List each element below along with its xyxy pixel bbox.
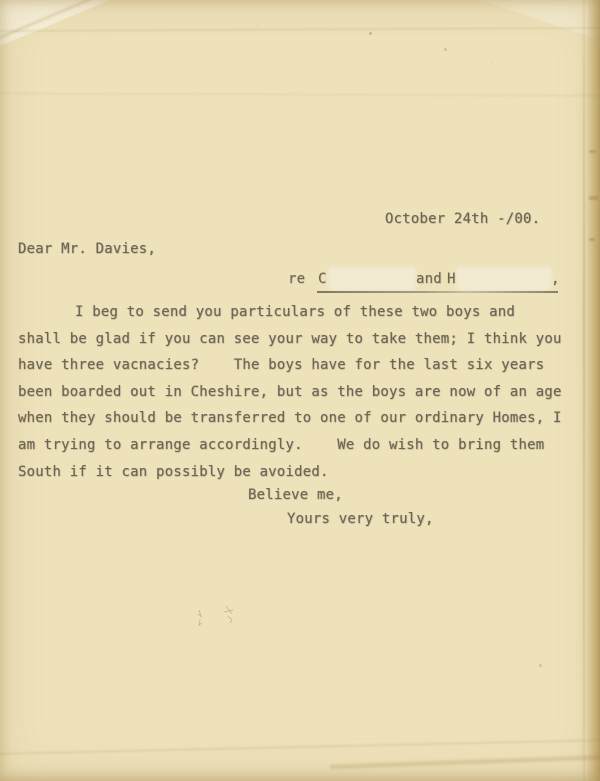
folded-corner-top-right [480, 0, 600, 40]
edge-nick [589, 238, 595, 241]
subject-prefix: re [288, 271, 305, 287]
body-line: been boarded out in Cheshire, but as the… [18, 379, 584, 406]
edge-nick [589, 150, 596, 153]
letter-body: I beg to send you particulars of these t… [18, 299, 584, 485]
redaction-patch-second-name [458, 269, 550, 289]
pencil-mark [192, 600, 252, 636]
body-line: South if it can possibly be avoided. [18, 459, 584, 486]
folded-corner-top-left [0, 0, 110, 46]
salutation: Dear Mr. Davies, [18, 241, 156, 257]
redaction-patch-first-name [330, 269, 414, 289]
subject-initial-two: H [447, 271, 456, 287]
subject-re-line: re C and H , [288, 271, 568, 295]
body-line: have three vacnacies? The boys have for … [18, 352, 584, 379]
subject-conjunction: and [416, 271, 442, 287]
body-line: am trying to arrange accordingly. We do … [18, 432, 584, 459]
bottom-crease [0, 738, 600, 756]
subject-initial-one: C [318, 271, 327, 287]
letter-scan: October 24th -/00. Dear Mr. Davies, re C… [0, 0, 600, 781]
subject-underline [317, 291, 558, 293]
bottom-crease [330, 753, 600, 771]
edge-nick [589, 196, 598, 200]
horizontal-crease [0, 92, 600, 97]
body-line: when they should be transferred to one o… [18, 405, 584, 432]
closing-believe-me: Believe me, [248, 487, 343, 503]
torn-right-edge [586, 0, 600, 781]
closing-yours-very-truly: Yours very truly, [287, 511, 434, 527]
body-line: shall be glad if you can see your way to… [18, 326, 584, 353]
body-line: I beg to send you particulars of these t… [18, 299, 584, 326]
paper-specks [0, 0, 1, 1]
horizontal-crease [0, 26, 600, 32]
subject-punctuation: , [551, 271, 560, 287]
date-line: October 24th -/00. [385, 211, 540, 227]
